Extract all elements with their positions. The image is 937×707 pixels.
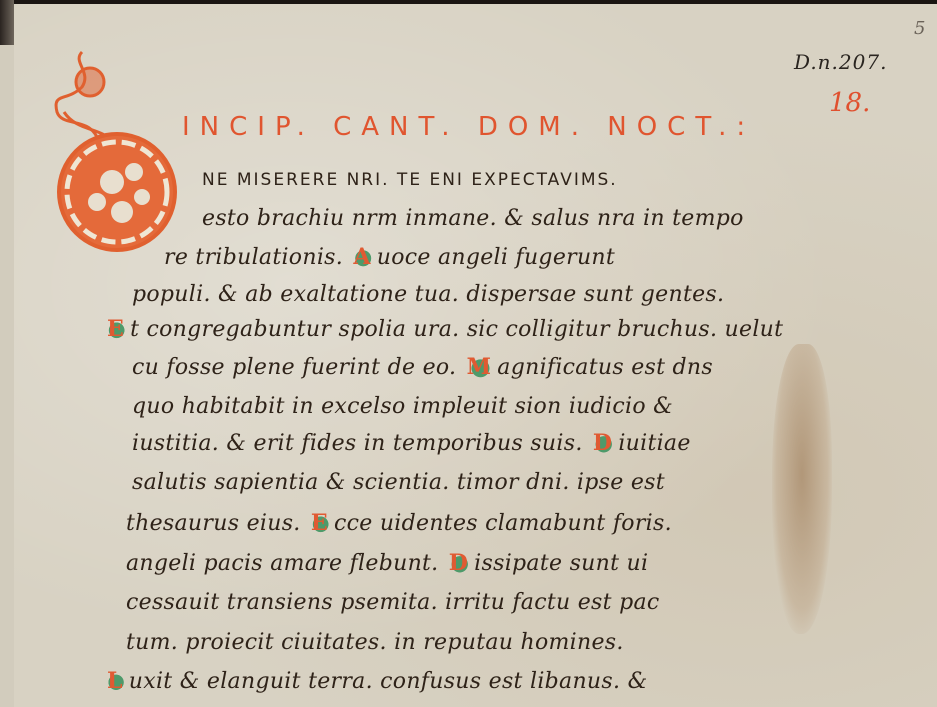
folio-number: 18. [829,88,870,118]
text-line: angeli pacis amare flebunt. Dissipate su… [126,550,648,576]
text-line: iustitia. & erit fides in temporibus sui… [132,430,691,456]
text-line: populi. & ab exaltatione tua. dispersae … [132,282,724,307]
text-line: salutis sapientia & scientia. timor dni.… [132,470,665,495]
text-line: re tribulationis. Auoce angeli fugerunt [164,244,615,270]
colored-initial: M [464,354,495,380]
corner-mark: 5 [914,18,925,39]
text-line: esto brachiu nrm inmane. & salus nra in … [202,206,744,231]
rubric-heading: INCIP. CANT. DOM. NOCT.: [182,112,755,142]
text-line: Et congregabuntur spolia ura. sic collig… [104,316,783,342]
colored-initial: E [308,510,331,536]
text-line: cu fosse plene fuerint de eo. Magnificat… [132,354,713,380]
colored-initial: L [104,668,126,694]
colored-initial: D [590,430,615,456]
decorated-initial-icon [42,42,192,262]
water-stain [772,344,832,634]
text-line: tum. proiecit ciuitates. in reputau homi… [126,630,624,655]
colored-initial: A [350,244,373,270]
colored-initial: D [446,550,471,576]
shelfmark: D.n.207. [794,50,887,74]
colored-initial: E [104,316,127,342]
text-line: cessauit transiens psemita. irritu factu… [126,590,660,615]
text-line: quo habitabit in excelso impleuit sion i… [132,394,673,419]
manuscript-page: 5 D.n.207. 18. INCIP. CANT. DOM. NOCT.: … [14,4,937,707]
text-line: thesaurus eius. Ecce uidentes clamabunt … [126,510,672,536]
text-line: Luxit & elanguit terra. confusus est lib… [104,668,647,694]
text-line: NE MISERERE NRI. TE ENI EXPECTAVIMS. [202,170,618,190]
page-edge [0,0,14,707]
